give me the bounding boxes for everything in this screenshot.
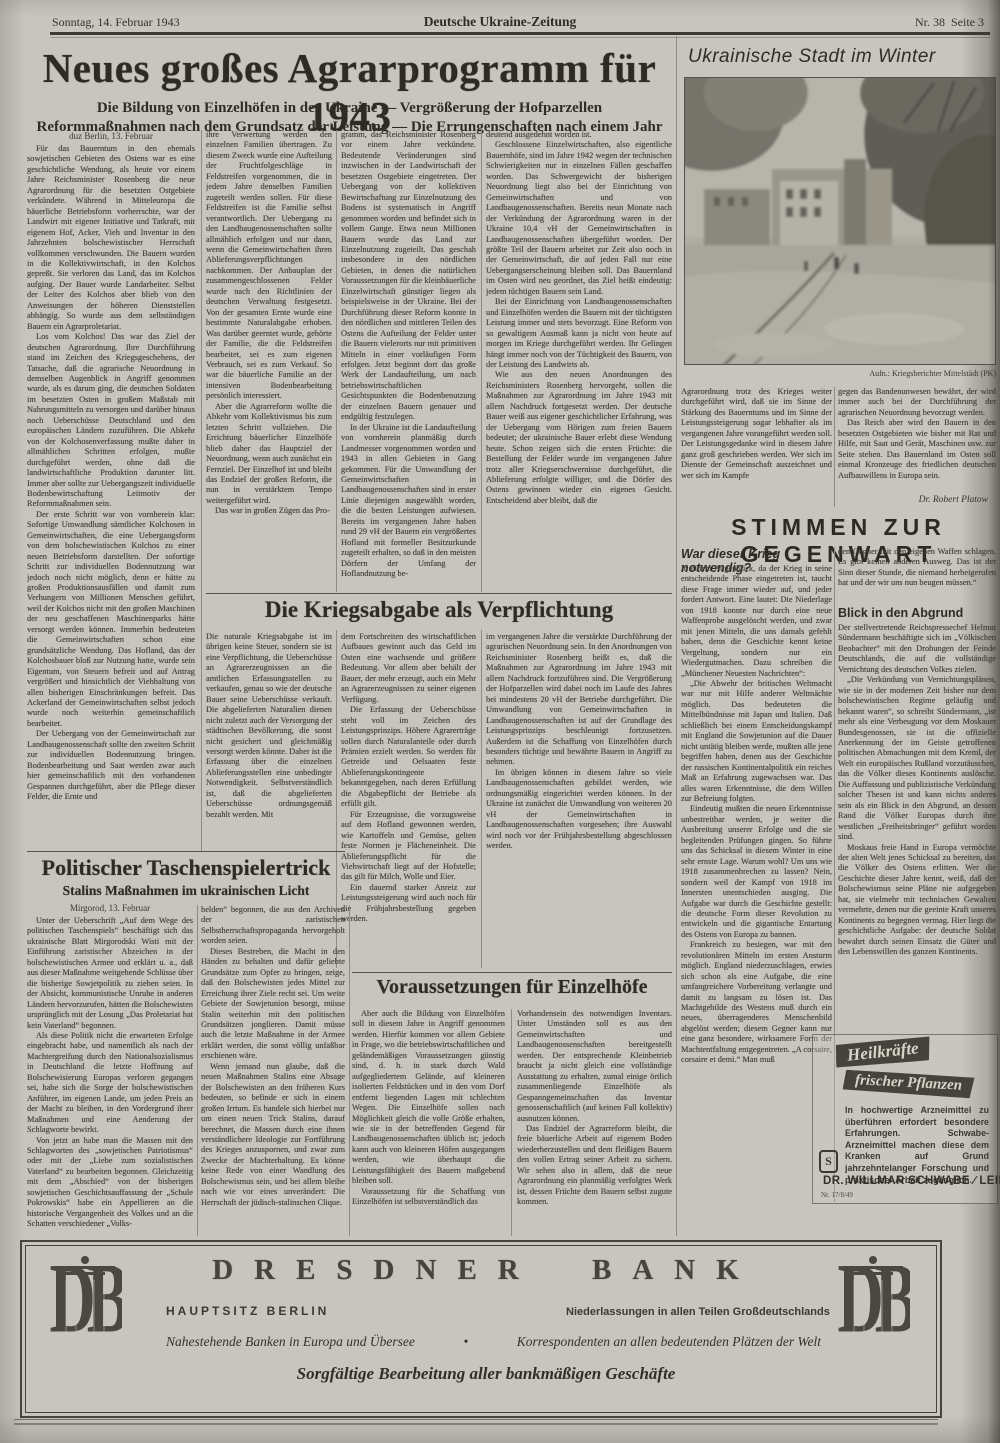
ribbon-frischer-pflanzen: frischer Pflanzen <box>843 1070 975 1099</box>
kriegsabgabe-heading: Die Kriegsabgabe als Verpflichtung <box>206 597 672 623</box>
stimmen-column-right: Der stellvertretende Reichspressechef He… <box>838 623 996 1030</box>
db-monogram-icon: DB <box>48 1254 122 1405</box>
column-divider <box>481 130 482 592</box>
article-dateline: duz Berlin, 13. Februar <box>27 131 195 141</box>
photo-feature-title: Ukrainische Stadt im Winter <box>688 46 936 68</box>
bank-slogan: Sorgfältige Bearbeitung aller bankmäßige… <box>156 1364 816 1384</box>
bank-line-left: Nahestehende Banken in Europa und Überse… <box>166 1334 415 1350</box>
section-rule <box>27 851 345 852</box>
section-rule <box>206 593 672 594</box>
bank-services-line: Nahestehende Banken in Europa und Überse… <box>166 1334 821 1350</box>
taschenspieler-column-2: helden“ begonnen, die aus den Archiven d… <box>201 905 345 1236</box>
db-monogram-icon: DB <box>836 1254 910 1405</box>
header-issue: Nr. 38 Seite 3 <box>915 15 984 30</box>
photo-caption: Aufn.: Kriegsberichter Mittelstädt (PK) <box>684 369 996 378</box>
stimmen-column-left: In einem Augenblick, da der Krieg in sei… <box>681 564 832 1236</box>
page-edge-shading <box>988 0 1000 1443</box>
author-signature: Dr. Robert Platow <box>838 495 988 505</box>
column-divider <box>201 130 202 852</box>
taschenspieler-dateline: Mirgorod, 13. Februar <box>27 903 193 913</box>
einzelhoefe-column-1: Aber auch die Bildung von Einzelhöfen so… <box>352 1009 505 1236</box>
region-divider <box>676 36 677 1236</box>
ad-bottom-rule <box>14 1423 938 1425</box>
header-date: Sonntag, 14. Februar 1943 <box>52 15 180 30</box>
kriegsabgabe-column-1: Die naturale Kriegsabgab­e ist im übrige… <box>206 632 332 852</box>
kriegsabgabe-column-3: im vergangenen Jahre die verstärkte Durc… <box>486 632 672 968</box>
schwabe-ad: Heilkräfte frischer Pflanzen In hochwert… <box>812 1034 998 1204</box>
winter-city-photo <box>684 77 996 370</box>
kriegsabgabe-column-2: dem Fortschreiten des wirtschaftlichen A… <box>341 632 476 968</box>
svg-text:DB: DB <box>838 1254 910 1354</box>
column-divider <box>511 1009 512 1236</box>
bank-name: DRESDNER BANK <box>156 1254 816 1287</box>
bank-branches-note: Niederlassungen in allen Teilen Großdeut… <box>566 1306 830 1318</box>
taschenspieler-subhead: Stalins Maßnahmen im ukrainischen Licht <box>27 883 345 899</box>
schwabe-ad-number: Nr. 17/8/49 <box>821 1191 853 1199</box>
bank-bullet: • <box>463 1334 468 1350</box>
continuation-column-right: gegen das Bandenunwesen bewährt, der wir… <box>838 387 996 493</box>
ribbon-heilkraefte: Heilkräfte <box>834 1035 932 1070</box>
bank-line-right: Korrespondenten an allen bedeutenden Plä… <box>517 1334 821 1350</box>
article-column-2: ihre Verwertung werden den einzelnen Fam… <box>206 130 332 592</box>
column-divider <box>197 905 198 1236</box>
ad-bottom-rule <box>14 1419 938 1420</box>
column-divider <box>336 130 337 592</box>
article-column-1: Für das Bauerntum in den ehemals sowjeti… <box>27 144 195 852</box>
column-divider <box>834 387 835 507</box>
stimmen-quote-top: den Gegner mit den eigenen Waffen schlag… <box>838 547 996 604</box>
taschenspieler-heading: Politischer Taschenspielertrick <box>27 855 345 881</box>
page-number: Seite 3 <box>951 15 984 29</box>
continuation-column-left: Agrarordnung trotz des Krieges weiter du… <box>681 387 832 509</box>
column-divider <box>349 905 350 1236</box>
schwabe-company-line: DR. WILLMAR SCHWABE ∕ LEIPZIG <box>823 1175 1000 1187</box>
masthead: Deutsche Ukraine-Zeitung <box>350 14 650 30</box>
svg-text:DB: DB <box>50 1254 122 1354</box>
question-heading-2: Blick in den Abgrund <box>838 606 996 620</box>
einzelhoefe-column-2: Vorhandensein des notwendigen Inventars.… <box>517 1009 672 1236</box>
einzelhoefe-heading: Voraussetzungen für Einzelhöfe <box>352 976 672 999</box>
taschenspieler-column-1: Unter der Ueberschrift „Auf dem Wege des… <box>27 916 193 1236</box>
column-divider <box>481 630 482 968</box>
bank-headquarters: HAUPTSITZ BERLIN <box>166 1304 329 1318</box>
subdeck-line-1: Die Bildung von Einzelhöfen in der Ukrai… <box>27 99 672 118</box>
issue-number: Nr. 38 <box>915 15 945 29</box>
schwabe-logo: S <box>819 1150 838 1173</box>
header-rule-thin <box>50 37 990 38</box>
article-column-4: deutend ausgedehnt worden ist.Geschlosse… <box>486 130 672 592</box>
header-rule <box>50 32 990 35</box>
newspaper-page: Sonntag, 14. Februar 1943 Deutsche Ukrai… <box>0 0 1000 1443</box>
article-column-3: gramm, das Reichsminister Rosenberg vor … <box>341 130 476 592</box>
section-rule <box>352 972 672 973</box>
dresdner-bank-ad: DB DB <box>20 1240 942 1418</box>
